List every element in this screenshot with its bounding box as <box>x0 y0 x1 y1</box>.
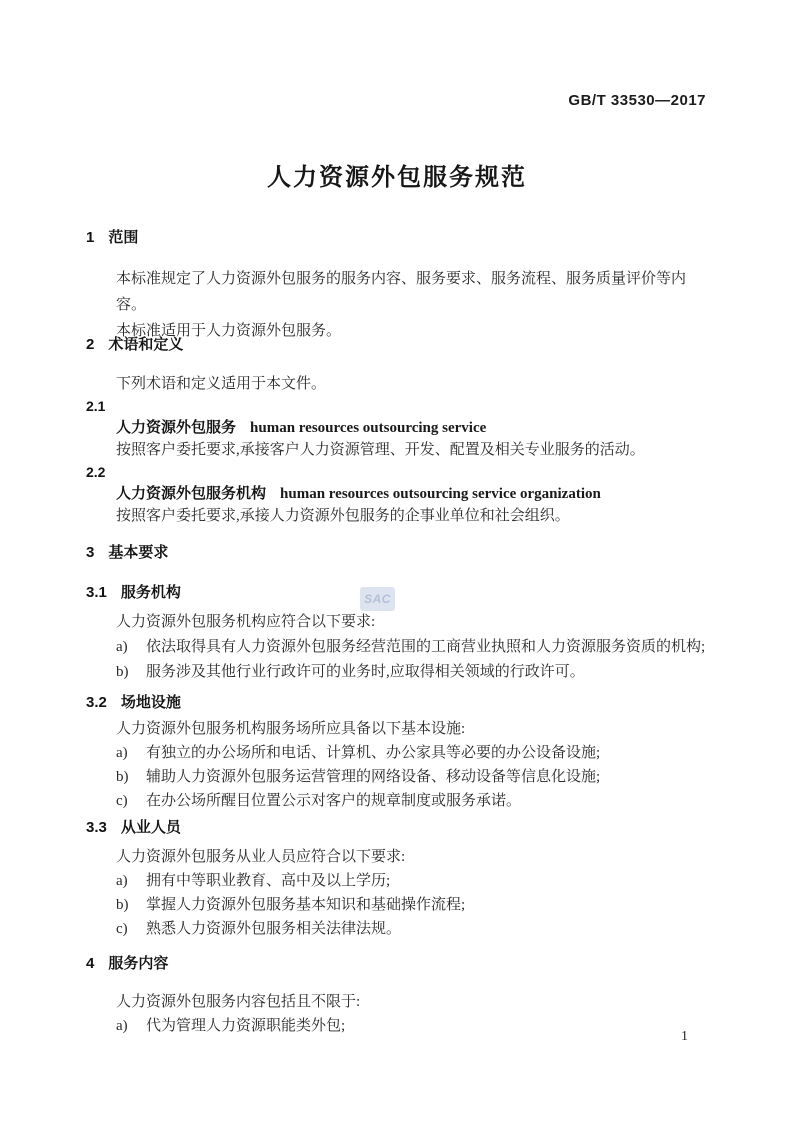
document-title: 人力资源外包服务规范 <box>0 157 794 192</box>
term-english: human resources outsourcing service <box>250 420 486 436</box>
list-item-text: 熟悉人力资源外包服务相关法律法规。 <box>146 917 708 941</box>
list-item-text: 拥有中等职业教育、高中及以上学历; <box>146 869 708 893</box>
term-chinese: 人力资源外包服务机构 <box>116 485 266 502</box>
term-line: 人力资源外包服务human resources outsourcing serv… <box>116 417 708 439</box>
term-chinese: 人力资源外包服务 <box>116 419 236 436</box>
section-heading: 3基本要求 <box>86 540 708 566</box>
list-item: a) 代为管理人力资源职能类外包; <box>116 1014 708 1038</box>
section-heading: 2术语和定义 <box>86 332 708 358</box>
section-title: 从业人员 <box>121 819 181 836</box>
list-item: b) 辅助人力资源外包服务运营管理的网络设备、移动设备等信息化设施; <box>116 765 708 789</box>
section-number: 3.3 <box>86 815 107 841</box>
section-title: 基本要求 <box>108 544 168 561</box>
list-item-marker: a) <box>116 869 136 893</box>
list-item-text: 在办公场所醒目位置公示对客户的规章制度或服务承诺。 <box>146 789 708 813</box>
clause-number: 2.1 <box>86 395 708 417</box>
paragraph: 下列术语和定义适用于本文件。 <box>116 373 708 395</box>
list-item: c) 熟悉人力资源外包服务相关法律法规。 <box>116 917 708 941</box>
list-item-text: 代为管理人力资源职能类外包; <box>146 1014 708 1038</box>
list-item-text: 辅助人力资源外包服务运营管理的网络设备、移动设备等信息化设施; <box>146 765 708 789</box>
document-page: GB/T 33530—2017 人力资源外包服务规范 1范围 本标准规定了人力资… <box>0 0 794 1122</box>
list-item: a) 有独立的办公场所和电话、计算机、办公家具等必要的办公设备设施; <box>116 741 708 765</box>
list-item-text: 掌握人力资源外包服务基本知识和基础操作流程; <box>146 893 708 917</box>
section-number: 3.2 <box>86 690 107 716</box>
page-number: 1 <box>681 1029 688 1045</box>
section-practitioners: 3.3从业人员 人力资源外包服务从业人员应符合以下要求: a) 拥有中等职业教育… <box>86 815 708 941</box>
list-item-marker: a) <box>116 1014 136 1038</box>
term-line: 人力资源外包服务机构human resources outsourcing se… <box>116 483 708 505</box>
list-item-text: 依法取得具有人力资源外包服务经营范围的工商营业执照和人力资源服务资质的机构; <box>146 635 708 660</box>
term-definition: 按照客户委托要求,承接人力资源外包服务的企事业单位和社会组织。 <box>116 505 708 527</box>
section-service-organization: 3.1服务机构 人力资源外包服务机构应符合以下要求: a) 依法取得具有人力资源… <box>86 580 708 685</box>
section-heading: 1范围 <box>86 225 708 251</box>
sac-watermark: SAC <box>360 587 395 611</box>
list-item: a) 拥有中等职业教育、高中及以上学历; <box>116 869 708 893</box>
paragraph: 本标准规定了人力资源外包服务的服务内容、服务要求、服务流程、服务质量评价等内容。 <box>116 266 708 318</box>
list-item-text: 服务涉及其他行业行政许可的业务时,应取得相关领域的行政许可。 <box>146 660 708 685</box>
list-item: a) 依法取得具有人力资源外包服务经营范围的工商营业执照和人力资源服务资质的机构… <box>116 635 708 660</box>
list-item-marker: b) <box>116 893 136 917</box>
section-heading: 3.2场地设施 <box>86 690 708 716</box>
section-premises-facilities: 3.2场地设施 人力资源外包服务机构服务场所应具备以下基本设施: a) 有独立的… <box>86 690 708 813</box>
list-item: b) 掌握人力资源外包服务基本知识和基础操作流程; <box>116 893 708 917</box>
section-number: 1 <box>86 225 94 251</box>
section-heading: 4服务内容 <box>86 951 708 977</box>
section-title: 范围 <box>108 229 138 246</box>
section-basic-requirements: 3基本要求 <box>86 540 708 566</box>
standard-code: GB/T 33530—2017 <box>568 92 706 109</box>
section-heading: 3.1服务机构 <box>86 580 708 606</box>
list-item-marker: c) <box>116 789 136 813</box>
section-number: 4 <box>86 951 94 977</box>
paragraph: 人力资源外包服务内容包括且不限于: <box>116 990 708 1014</box>
section-terms: 2术语和定义 下列术语和定义适用于本文件。 2.1 人力资源外包服务human … <box>86 332 708 527</box>
section-service-content: 4服务内容 人力资源外包服务内容包括且不限于: a) 代为管理人力资源职能类外包… <box>86 951 708 1038</box>
list-item: c) 在办公场所醒目位置公示对客户的规章制度或服务承诺。 <box>116 789 708 813</box>
section-title: 场地设施 <box>121 694 181 711</box>
paragraph: 人力资源外包服务机构服务场所应具备以下基本设施: <box>116 717 708 741</box>
list-item-marker: a) <box>116 741 136 765</box>
section-title: 术语和定义 <box>108 336 183 353</box>
list-item-marker: c) <box>116 917 136 941</box>
list-item: b) 服务涉及其他行业行政许可的业务时,应取得相关领域的行政许可。 <box>116 660 708 685</box>
section-title: 服务内容 <box>108 955 168 972</box>
term-english: human resources outsourcing service orga… <box>280 486 601 502</box>
section-title: 服务机构 <box>121 584 181 601</box>
section-number: 3.1 <box>86 580 107 606</box>
list-item-marker: b) <box>116 660 136 685</box>
section-scope: 1范围 本标准规定了人力资源外包服务的服务内容、服务要求、服务流程、服务质量评价… <box>86 225 708 344</box>
paragraph: 人力资源外包服务机构应符合以下要求: <box>116 610 708 635</box>
paragraph: 人力资源外包服务从业人员应符合以下要求: <box>116 845 708 869</box>
section-number: 2 <box>86 332 94 358</box>
list-item-text: 有独立的办公场所和电话、计算机、办公家具等必要的办公设备设施; <box>146 741 708 765</box>
section-heading: 3.3从业人员 <box>86 815 708 841</box>
section-number: 3 <box>86 540 94 566</box>
term-definition: 按照客户委托要求,承接客户人力资源管理、开发、配置及相关专业服务的活动。 <box>116 439 708 461</box>
list-item-marker: a) <box>116 635 136 660</box>
clause-number: 2.2 <box>86 461 708 483</box>
list-item-marker: b) <box>116 765 136 789</box>
